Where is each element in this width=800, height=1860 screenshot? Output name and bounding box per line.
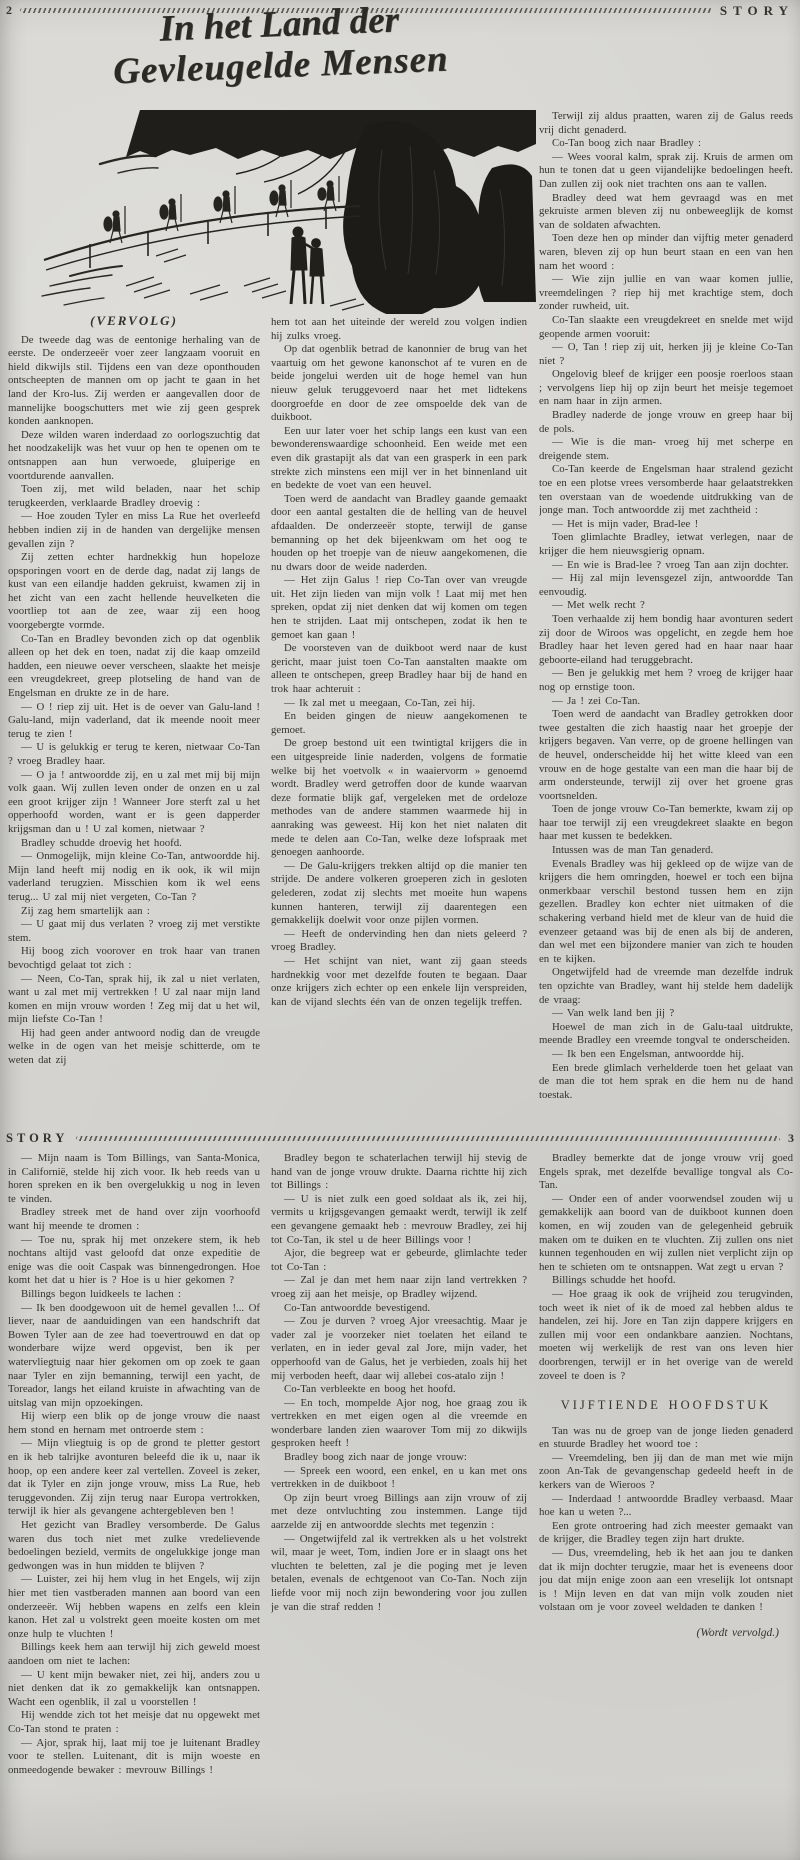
paragraph: Bradley begon te schaterlachen terwijl h…: [271, 1152, 527, 1193]
paragraph: — Onder een of ander voorwendsel zouden …: [539, 1193, 793, 1275]
paragraph: — Ongetwijfeld zal ik vertrekken als u h…: [271, 1533, 527, 1615]
paragraph: — Luister, zei hij hem vlug in het Engel…: [8, 1573, 260, 1641]
paragraph: Zij zag hem smartelijk aan :: [8, 905, 260, 919]
magazine-page: 2 STORY In het Land der Gevleugelde Mens…: [0, 0, 800, 1860]
paragraph: Co-Tan en Bradley bevonden zich op dat o…: [8, 633, 260, 701]
column-page3-right: Bradley bemerkte dat de jonge vrouw vrij…: [539, 1152, 793, 1854]
paragraph: Bradley deed wat hem gevraagd was en met…: [539, 192, 793, 233]
paragraph: — Mijn vliegtuig is op de grond te plett…: [8, 1437, 260, 1519]
page-number: 3: [788, 1132, 794, 1144]
paragraph: — U gaat mij dus verlaten ? vroeg zij me…: [8, 918, 260, 945]
paragraph: — De Galu-krijgers trekken altijd op die…: [271, 860, 527, 928]
paragraph: Terwijl zij aldus praatten, waren zij de…: [539, 110, 793, 137]
paragraph: — Ik ben een Engelsman, antwoordde hij.: [539, 1048, 793, 1062]
paragraph: — Neen, Co-Tan, sprak hij, ik zal u niet…: [8, 973, 260, 1027]
paragraph: Bradley bemerkte dat de jonge vrouw vrij…: [539, 1152, 793, 1193]
paragraph: — Wie is die man- vroeg hij met scherpe …: [539, 436, 793, 463]
paragraph: Hij had geen ander antwoord nodig dan de…: [8, 1027, 260, 1068]
paragraph: — Het is mijn vader, Brad-lee !: [539, 518, 793, 532]
paragraph: Billings schudde het hoofd.: [539, 1274, 793, 1288]
continued-note: (Wordt vervolgd.): [539, 1627, 793, 1641]
paragraph: Tan was nu de groep van de jonge lieden …: [539, 1425, 793, 1452]
column-text: Tan was nu de groep van de jonge lieden …: [539, 1425, 793, 1615]
paragraph: Co-Tan slaakte een vreugdekreet en sneld…: [539, 314, 793, 341]
mid-header: STORY 3: [6, 1130, 794, 1146]
paragraph: De groep bestond uit een twintigtal krij…: [271, 737, 527, 859]
paragraph: Toen glimlachte Bradley, ietwat verlegen…: [539, 531, 793, 558]
paragraph: Toen verhaalde zij hem bondig haar avont…: [539, 613, 793, 667]
paragraph: — O ! riep zij uit. Het is de oever van …: [8, 701, 260, 742]
paragraph: — Zal je dan met hem naar zijn land vert…: [271, 1274, 527, 1301]
paragraph: — U is gelukkig er terug te keren, nietw…: [8, 741, 260, 768]
column-text: De tweede dag was de eentonige herhaling…: [8, 334, 260, 1068]
paragraph: — Onmogelijk, mijn kleine Co-Tan, antwoo…: [8, 850, 260, 904]
paragraph: Ajor, die begreep wat er gebeurde, gliml…: [271, 1247, 527, 1274]
paragraph: — Wees vooral kalm, sprak zij. Kruis de …: [539, 151, 793, 192]
paragraph: Co-Tan keerde de Engelsman haar stralend…: [539, 463, 793, 517]
paragraph: Op dat ogenblik betrad de kanonnier de b…: [271, 343, 527, 425]
paragraph: — En wie is Brad-lee ? vroeg Tan aan zij…: [539, 559, 793, 573]
paragraph: Ongelovig bleef de krijger een poosje ro…: [539, 368, 793, 409]
column-text: Bradley begon te schaterlachen terwijl h…: [271, 1152, 527, 1614]
story-title: In het Land der Gevleugelde Mensen: [67, 0, 494, 92]
paragraph: Hij wierp een blik op de jonge vrouw die…: [8, 1410, 260, 1437]
paragraph: Toen werd de aandacht van Bradley getrok…: [539, 708, 793, 803]
paragraph: Billings begon luidkeels te lachen :: [8, 1288, 260, 1302]
paragraph: Co-Tan verbleekte en boog het hoofd.: [271, 1383, 527, 1397]
paragraph: Bradley boog zich naar de jonge vrouw:: [271, 1451, 527, 1465]
paragraph: — Ik zal met u meegaan, Co-Tan, zei hij.: [271, 697, 527, 711]
paragraph: — Hoe zouden Tyler en miss La Rue het ov…: [8, 510, 260, 551]
paragraph: Toen deze hen op minder dan vijftig mete…: [539, 232, 793, 273]
paragraph: — En toch, mompelde Ajor nog, hoe graag …: [271, 1397, 527, 1451]
paragraph: — Ajor, sprak hij, laat mij toe je luite…: [8, 1737, 260, 1778]
paragraph: — O, Tan ! riep zij uit, herken jij je k…: [539, 341, 793, 368]
paragraph: — Het zijn Galus ! riep Co-Tan over van …: [271, 574, 527, 642]
paragraph: Toen werd de aandacht van Bradley gaande…: [271, 493, 527, 575]
paragraph: Zij zetten echter hardnekkig hun hopeloz…: [8, 551, 260, 633]
paragraph: Deze wilden waren inderdaad zo oorlogszu…: [8, 429, 260, 483]
column-page2-left: (VERVOLG) De tweede dag was de eentonige…: [8, 314, 260, 1134]
paragraph: Hoewel de man zich in de Galu-taal uitdr…: [539, 1021, 793, 1048]
paragraph: Evenals Bradley was hij gekleed op de wi…: [539, 858, 793, 967]
paragraph: Co-Tan antwoordde bevestigend.: [271, 1302, 527, 1316]
paragraph: Een grote ontroering had zich meester ge…: [539, 1520, 793, 1547]
paragraph: — Dus, vreemdeling, heb ik het aan jou t…: [539, 1547, 793, 1615]
column-text: Bradley bemerkte dat de jonge vrouw vrij…: [539, 1152, 793, 1383]
paragraph: Bradley naderde de jonge vrouw en greep …: [539, 409, 793, 436]
column-text: — Mijn naam is Tom Billings, van Santa-M…: [8, 1152, 260, 1777]
paragraph: — U is niet zulk een goed soldaat als ik…: [271, 1193, 527, 1247]
paragraph: Billings keek hem aan terwijl hij zich g…: [8, 1641, 260, 1668]
paragraph: Hij wendde zich tot het meisje dat nu op…: [8, 1709, 260, 1736]
column-page3-middle: Bradley begon te schaterlachen terwijl h…: [271, 1152, 527, 1854]
column-page2-right: Terwijl zij aldus praatten, waren zij de…: [539, 110, 793, 1132]
paragraph: Een brede glimlach verhelderde toen het …: [539, 1062, 793, 1103]
paragraph: — Spreek een woord, een enkel, en u kan …: [271, 1465, 527, 1492]
paragraph: De voorsteven van de duikboot werd naar …: [271, 642, 527, 696]
page-number: 2: [6, 4, 12, 16]
paragraph: Intussen was de man Tan genaderd.: [539, 844, 793, 858]
magazine-title: STORY: [6, 1132, 68, 1145]
paragraph: Ongetwijfeld had de vreemde man dezelfde…: [539, 966, 793, 1007]
paragraph: — Mijn naam is Tom Billings, van Santa-M…: [8, 1152, 260, 1206]
paragraph: hem tot aan het uiteinde der wereld zou …: [271, 316, 527, 343]
paragraph: — Met welk recht ?: [539, 599, 793, 613]
paragraph: — Wie zijn jullie en van waar komen jull…: [539, 273, 793, 314]
paragraph: — U kent mijn bewaker niet, zei hij, and…: [8, 1669, 260, 1710]
paragraph: — Ja ! zei Co-Tan.: [539, 695, 793, 709]
paragraph: Hij boog zich voorover en trok haar van …: [8, 945, 260, 972]
paragraph: Op zijn beurt vroeg Billings aan zijn vr…: [271, 1492, 527, 1533]
paragraph: — Hij zal mijn levensgezel zijn, antwoor…: [539, 572, 793, 599]
paragraph: — Ben je gelukkig met hem ? vroeg de kri…: [539, 667, 793, 694]
magazine-title: STORY: [720, 4, 794, 17]
paragraph: — Inderdaad ! antwoordde Bradley verbaas…: [539, 1493, 793, 1520]
paragraph: — Ik ben doodgewoon uit de hemel gevalle…: [8, 1302, 260, 1411]
continuation-label: (VERVOLG): [8, 314, 260, 328]
paragraph: Bradley streek met de hand over zijn voo…: [8, 1206, 260, 1233]
column-page2-middle: hem tot aan het uiteinde der wereld zou …: [271, 316, 527, 1134]
paragraph: De tweede dag was de eentonige herhaling…: [8, 334, 260, 429]
paragraph: — Zou je durven ? vroeg Ajor vreesachtig…: [271, 1315, 527, 1383]
decorative-rule: [76, 1136, 780, 1141]
warriors-on-ridge-illustration: [30, 110, 536, 314]
column-text: hem tot aan het uiteinde der wereld zou …: [271, 316, 527, 1009]
paragraph: — Toe nu, sprak hij met onzekere stem, i…: [8, 1234, 260, 1288]
paragraph: Co-Tan boog zich naar Bradley :: [539, 137, 793, 151]
paragraph: — Vreemdeling, ben jij dan de man met wi…: [539, 1452, 793, 1493]
column-text: Terwijl zij aldus praatten, waren zij de…: [539, 110, 793, 1102]
paragraph: — Heeft de ondervinding hen dan niets ge…: [271, 928, 527, 955]
paragraph: — Hoe graag ik ook de vrijheid zou terug…: [539, 1288, 793, 1383]
column-page3-left: — Mijn naam is Tom Billings, van Santa-M…: [8, 1152, 260, 1854]
paragraph: Toen de jonge vrouw Co-Tan bemerkte, kwa…: [539, 803, 793, 844]
chapter-heading: VIJFTIENDE HOOFDSTUK: [539, 1399, 793, 1413]
paragraph: — Van welk land ben jij ?: [539, 1007, 793, 1021]
paragraph: — Het schijnt van niet, want zij gaan st…: [271, 955, 527, 1009]
paragraph: Bradley schudde droevig het hoofd.: [8, 837, 260, 851]
paragraph: — O ja ! antwoordde zij, en u zal met mi…: [8, 769, 260, 837]
paragraph: Toen zij, met wild beladen, naar het sch…: [8, 483, 260, 510]
paragraph: Een uur later voer het schip langs een k…: [271, 425, 527, 493]
paragraph: En beiden gingen de nieuw aangekomenen t…: [271, 710, 527, 737]
paragraph: Het gezicht van Bradley versomberde. De …: [8, 1519, 260, 1573]
